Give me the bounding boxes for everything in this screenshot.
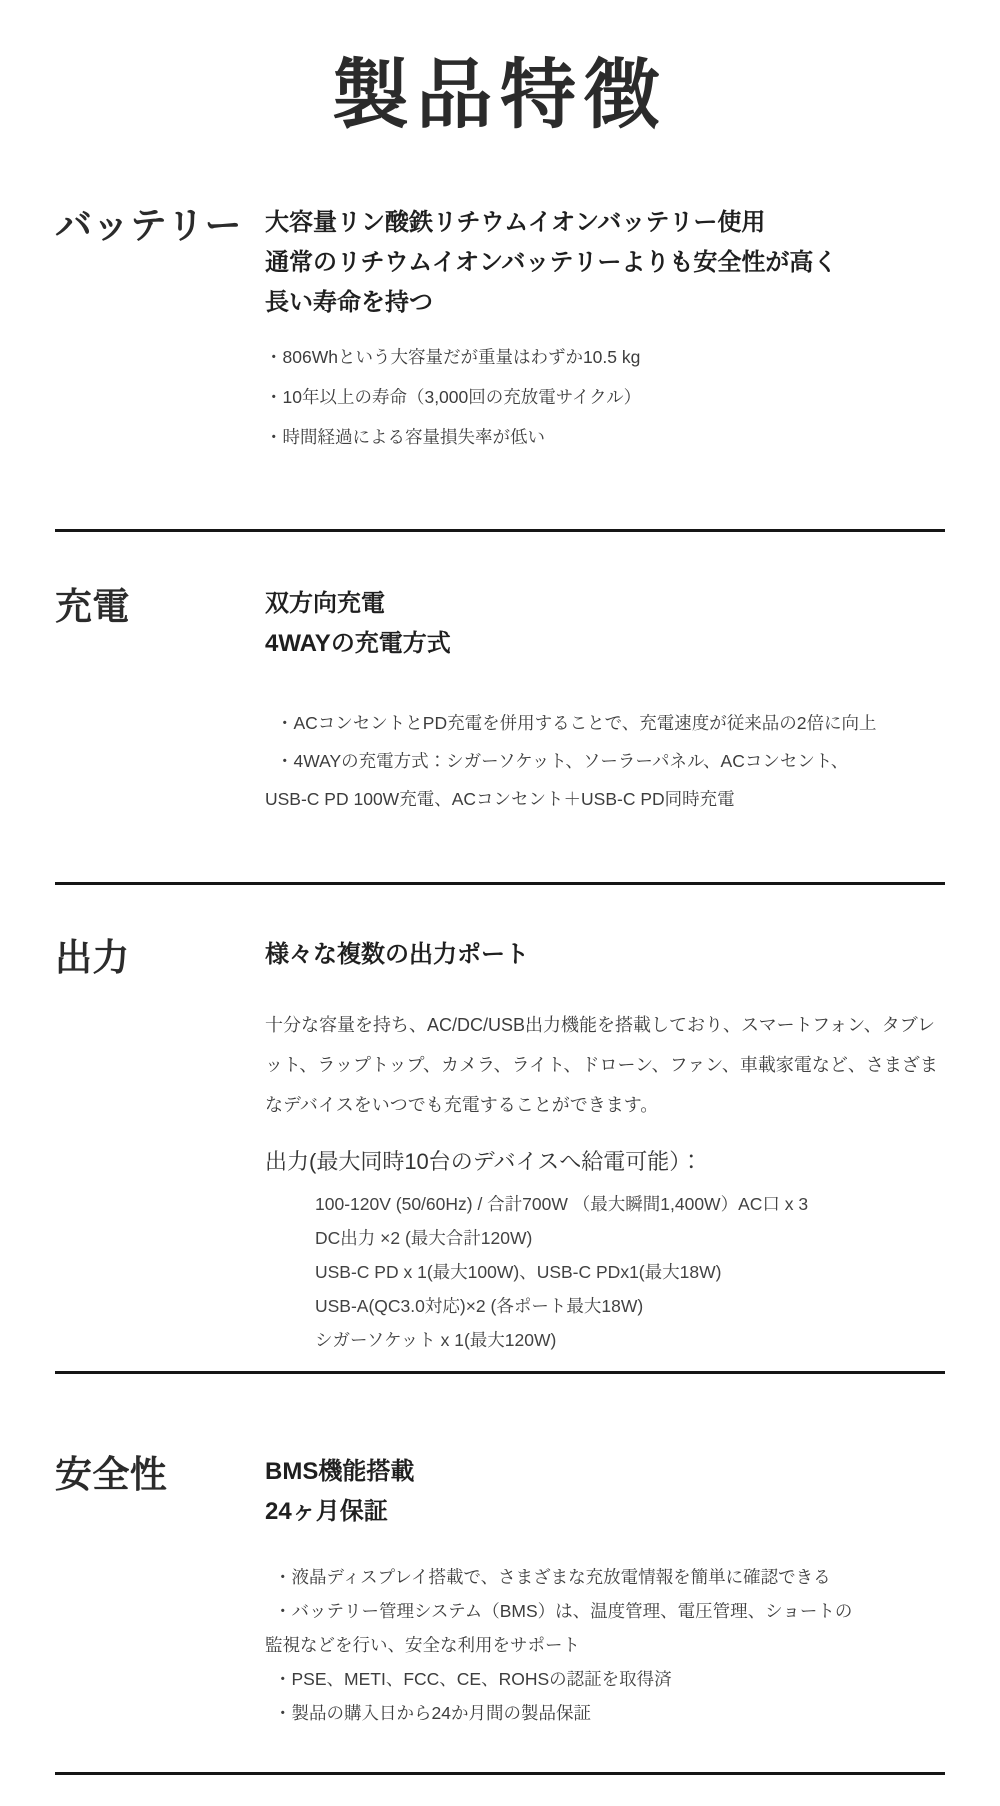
battery-subtitle-line: 大容量リン酸鉄リチウムイオンバッテリー使用 xyxy=(265,203,945,243)
section-divider xyxy=(55,1772,945,1775)
battery-subtitle-line: 長い寿命を持つ xyxy=(265,283,945,323)
bullet-item-continuation: USB-C PD 100W充電、ACコンセント＋USB-C PD同時充電 xyxy=(265,780,945,818)
safety-subtitle: BMS機能搭載 24ヶ月保証 xyxy=(265,1452,945,1532)
section-battery: バッテリー 大容量リン酸鉄リチウムイオンバッテリー使用 通常のリチウムイオンバッ… xyxy=(55,203,945,465)
charging-subtitle-line: 双方向充電 xyxy=(265,584,945,624)
charging-subtitle: 双方向充電 4WAYの充電方式 xyxy=(265,584,945,664)
section-heading-safety: 安全性 xyxy=(55,1452,265,1498)
battery-bullet-list: ・806Whという大容量だが重量はわずか10.5 kg ・10年以上の寿命（3,… xyxy=(265,345,945,449)
battery-subtitle: 大容量リン酸鉄リチウムイオンバッテリー使用 通常のリチウムイオンバッテリーよりも… xyxy=(265,203,945,323)
charging-subtitle-line: 4WAYの充電方式 xyxy=(265,624,945,664)
section-body-output: 様々な複数の出力ポート 十分な容量を持ち、AC/DC/USB出力機能を搭載してお… xyxy=(265,935,945,1357)
bullet-item: ・806Whという大容量だが重量はわずか10.5 kg xyxy=(265,345,945,369)
product-features-page: 製品特徴 バッテリー 大容量リン酸鉄リチウムイオンバッテリー使用 通常のリチウム… xyxy=(0,0,1000,1806)
bullet-item: ・製品の購入日から24か月間の製品保証 xyxy=(265,1696,945,1730)
output-description: 十分な容量を持ち、AC/DC/USB出力機能を搭載しており、スマートフォン、タブ… xyxy=(265,1005,945,1125)
charging-bullet-list: ・ACコンセントとPD充電を併用することで、充電速度が従来品の2倍に向上 ・4W… xyxy=(265,704,945,818)
section-divider xyxy=(55,882,945,885)
bullet-item-continuation: 監視などを行い、安全な利用をサポート xyxy=(265,1628,945,1662)
output-subtitle-line: 様々な複数の出力ポート xyxy=(265,935,945,975)
section-divider xyxy=(55,529,945,532)
bullet-item: ・10年以上の寿命（3,000回の充放電サイクル） xyxy=(265,385,945,409)
battery-subtitle-line: 通常のリチウムイオンバッテリーよりも安全性が高く xyxy=(265,243,945,283)
section-heading-charging: 充電 xyxy=(55,584,265,630)
section-heading-output: 出力 xyxy=(55,935,265,981)
spec-item: シガーソケット x 1(最大120W) xyxy=(315,1323,945,1357)
bullet-item: ・液晶ディスプレイ搭載で、さまざまな充放電情報を簡単に確認できる xyxy=(265,1560,945,1594)
spec-item: USB-A(QC3.0対応)×2 (各ポート最大18W) xyxy=(315,1289,945,1323)
section-charging: 充電 双方向充電 4WAYの充電方式 ・ACコンセントとPD充電を併用することで… xyxy=(55,584,945,818)
bullet-item: ・時間経過による容量損失率が低い xyxy=(265,425,945,449)
section-body-charging: 双方向充電 4WAYの充電方式 ・ACコンセントとPD充電を併用することで、充電… xyxy=(265,584,945,818)
section-safety: 安全性 BMS機能搭載 24ヶ月保証 ・液晶ディスプレイ搭載で、さまざまな充放電… xyxy=(55,1452,945,1730)
bullet-item: ・4WAYの充電方式：シガーソケット、ソーラーパネル、ACコンセント、 xyxy=(265,742,945,780)
section-output: 出力 様々な複数の出力ポート 十分な容量を持ち、AC/DC/USB出力機能を搭載… xyxy=(55,935,945,1357)
safety-subtitle-line: BMS機能搭載 xyxy=(265,1452,945,1492)
spec-item: USB-C PD x 1(最大100W)、USB-C PDx1(最大18W) xyxy=(315,1255,945,1289)
section-body-safety: BMS機能搭載 24ヶ月保証 ・液晶ディスプレイ搭載で、さまざまな充放電情報を簡… xyxy=(265,1452,945,1730)
section-heading-battery: バッテリー xyxy=(55,203,265,249)
section-body-battery: 大容量リン酸鉄リチウムイオンバッテリー使用 通常のリチウムイオンバッテリーよりも… xyxy=(265,203,945,465)
page-title: 製品特徴 xyxy=(55,0,945,141)
safety-subtitle-line: 24ヶ月保証 xyxy=(265,1492,945,1532)
bullet-item: ・バッテリー管理システム（BMS）は、温度管理、電圧管理、ショートの xyxy=(265,1594,945,1628)
output-spec-intro: 出力(最大同時10台のデバイスへ給電可能）： xyxy=(265,1147,945,1177)
spec-item: DC出力 ×2 (最大合計120W) xyxy=(315,1221,945,1255)
section-divider xyxy=(55,1371,945,1374)
spec-item: 100-120V (50/60Hz) / 合計700W （最大瞬間1,400W）… xyxy=(315,1187,945,1221)
output-spec-list: 100-120V (50/60Hz) / 合計700W （最大瞬間1,400W）… xyxy=(315,1187,945,1357)
safety-bullet-list: ・液晶ディスプレイ搭載で、さまざまな充放電情報を簡単に確認できる ・バッテリー管… xyxy=(265,1560,945,1730)
output-subtitle: 様々な複数の出力ポート xyxy=(265,935,945,975)
bullet-item: ・ACコンセントとPD充電を併用することで、充電速度が従来品の2倍に向上 xyxy=(265,704,945,742)
bullet-item: ・PSE、METI、FCC、CE、ROHSの認証を取得済 xyxy=(265,1662,945,1696)
